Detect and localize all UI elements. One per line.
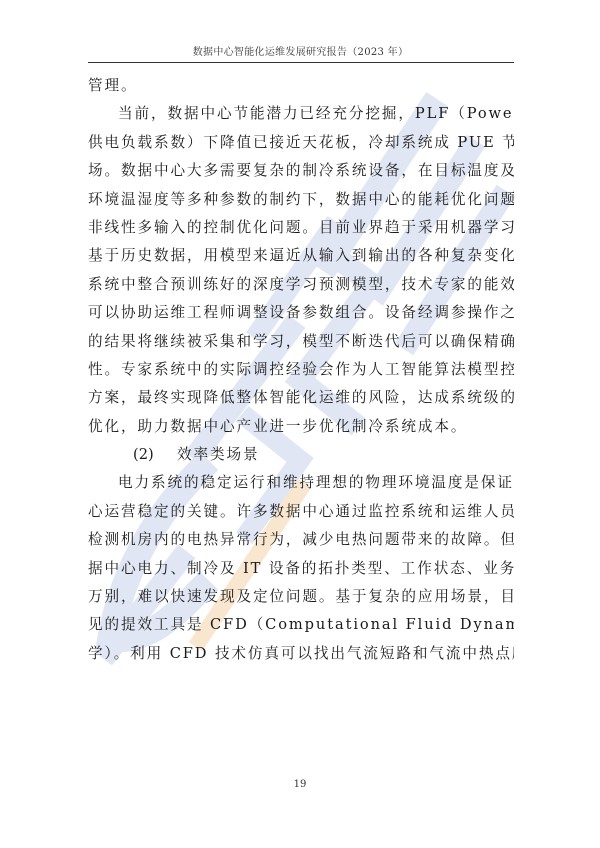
- section-number: (2): [133, 441, 177, 469]
- text-line: 当前，数据中心节能潜力已经充分挖掘，PLF（Power Load Factor，: [88, 100, 514, 128]
- page-body: 管理。 当前，数据中心节能潜力已经充分挖掘，PLF（Power Load Fac…: [88, 72, 514, 668]
- page-number: 19: [0, 779, 600, 790]
- paragraph-efficiency: 电力系统的稳定运行和维持理想的物理环境温度是保证数据中 心运营稳定的关键。许多数…: [88, 469, 514, 668]
- header-divider: [88, 62, 514, 63]
- text-line: 方案，最终实现降低整体智能化运维的风险，达成系统级的能效智能: [88, 384, 514, 412]
- text-line: 见的提效工具是 CFD（Computational Fluid Dynamics…: [88, 611, 514, 639]
- text-line: 系统中整合预训练好的深度学习预测模型，技术专家的能效调优经验: [88, 271, 514, 299]
- paragraph-energy-saving: 当前，数据中心节能潜力已经充分挖掘，PLF（Power Load Factor，…: [88, 100, 514, 441]
- text-line: 基于历史数据，用模型来逼近从输入到输出的各种复杂变化。通过在: [88, 242, 514, 270]
- text-line: 供电负载系数）下降值已接近天花板，冷却系统成 PUE 节能的主战: [88, 129, 514, 157]
- text-line: 性。专家系统中的实际调控经验会作为人工智能算法模型控制推荐的: [88, 356, 514, 384]
- section-heading: (2)效率类场景: [88, 441, 514, 469]
- text-line: 环境温湿度等多种参数的制约下，数据中心的能耗优化问题成为一个: [88, 186, 514, 214]
- text-line: 可以协助运维工程师调整设备参数组合。设备经调参操作之后，输出: [88, 299, 514, 327]
- section-title: 效率类场景: [177, 446, 259, 463]
- text-line: 心运营稳定的关键。许多数据中心通过监控系统和运维人员巡检，来: [88, 498, 514, 526]
- text-line: 万别，难以快速发现及定位问题。基于复杂的应用场景，目前较为常: [88, 583, 514, 611]
- text-line: 优化，助力数据中心产业进一步优化制冷系统成本。: [88, 413, 514, 441]
- text-line: 场。数据中心大多需要复杂的制冷系统设备，在目标温度及机房内外: [88, 157, 514, 185]
- text-line: 管理。: [88, 72, 514, 100]
- text-line: 的结果将继续被采集和学习，模型不断迭代后可以确保精确性与安全: [88, 328, 514, 356]
- text-line: 学）。利用 CFD 技术仿真可以找出气流短路和气流中热点所在位置，: [88, 640, 514, 668]
- text-line: 非线性多输入的控制优化问题。目前业界趋于采用机器学习的方法，: [88, 214, 514, 242]
- text-line: 电力系统的稳定运行和维持理想的物理环境温度是保证数据中: [88, 469, 514, 497]
- running-header: 数据中心智能化运维发展研究报告（2023 年）: [88, 43, 513, 58]
- text-line: 据中心电力、制冷及 IT 设备的拓扑类型、工作状态、业务负载千差: [88, 555, 514, 583]
- text-line: 检测机房内的电热异常行为，减少电热问题带来的故障。但如今的数: [88, 526, 514, 554]
